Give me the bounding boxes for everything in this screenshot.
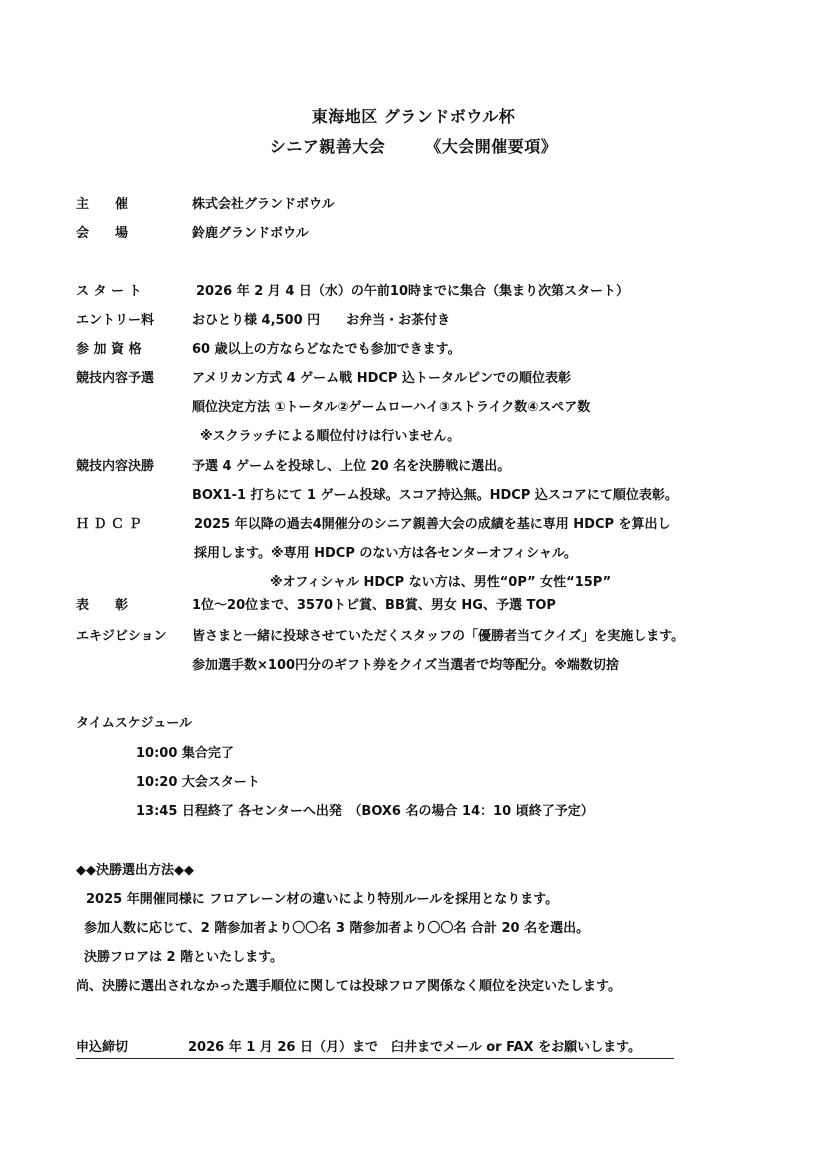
document-type: 《大会開催要項》 <box>425 137 557 156</box>
entry-fee-label: エントリー料 <box>76 312 154 330</box>
exhibition-line: 参加選手数×100円分のギフト券をクイズ当選者で均等配分。※端数切捨 <box>192 657 619 675</box>
exhibition-line: 皆さまと一緒に投球させていただくスタッフの「優勝者当てクイズ」を実施します。 <box>192 628 684 646</box>
entry-fee-value: おひとり様 4,500 円 お弁当・お茶付き <box>192 312 450 330</box>
hdcp-line: 採用します。※専用 HDCP のない方は各センターオフィシャル。 <box>194 545 577 563</box>
venue-value: 鈴鹿グランドボウル <box>192 225 309 243</box>
hdcp-line: 2025 年以降の過去4開催分のシニア親善大会の成績を基に専用 HDCP を算出… <box>194 516 671 534</box>
eligibility-value: 60 歳以上の方ならどなたでも参加できます。 <box>192 341 461 359</box>
final-selection-note: 尚、決勝に選出されなかった選手順位に関しては投球フロア関係なく順位を決定いたしま… <box>76 978 621 996</box>
finals-line: 予選 4 ゲームを投球し、上位 20 名を決勝戦に選出。 <box>192 458 510 476</box>
event-name: シニア親善大会 <box>270 137 386 156</box>
awards-label: 表 彰 <box>76 597 128 615</box>
hdcp-note: ※オフィシャル HDCP ない方は、男性“0P” 女性“15P” <box>270 574 611 592</box>
schedule-item: 10:20 大会スタート <box>136 774 260 792</box>
organizer-label: 主 催 <box>76 196 128 214</box>
exhibition-label: エキジビション <box>76 628 167 646</box>
deadline-row: 申込締切 2026 年 1 月 26 日（月）まで 臼井までメール or FAX… <box>76 1038 674 1059</box>
schedule-item: 13:45 日程終了 各センターへ出発 （BOX6 名の場合 14：10 頃終了… <box>136 803 594 821</box>
qualifying-line: アメリカン方式 4 ゲーム戦 HDCP 込トータルピンでの順位表彰 <box>192 370 571 388</box>
document-title-line2: シニア親善大会《大会開催要項》 <box>0 134 827 157</box>
qualifying-label: 競技内容予選 <box>76 370 154 388</box>
final-selection-line: 参加人数に応じて、2 階参加者より〇〇名 3 階参加者より〇〇名 合計 20 名… <box>84 920 589 938</box>
final-selection-line: 決勝フロアは 2 階といたします。 <box>84 949 283 967</box>
qualifying-note: ※スクラッチによる順位付けは行いません。 <box>200 428 460 446</box>
schedule-heading: タイムスケジュール <box>76 715 192 733</box>
eligibility-label: 参 加 資 格 <box>76 341 142 359</box>
venue-label: 会 場 <box>76 225 128 243</box>
schedule-item: 10:00 集合完了 <box>136 745 234 763</box>
document-title-line1: 東海地区 グランドボウル杯 <box>0 104 827 127</box>
finals-line: BOX1-1 打ちにて 1 ゲーム投球。スコア持込無。HDCP 込スコアにて順位… <box>192 487 678 505</box>
hdcp-label: Ｈ Ｄ Ｃ Ｐ <box>76 516 142 534</box>
finals-label: 競技内容決勝 <box>76 458 154 476</box>
deadline-value: 2026 年 1 月 26 日（月）まで 臼井までメール or FAX をお願い… <box>188 1038 641 1058</box>
start-label: ス タ ー ト <box>76 283 142 301</box>
qualifying-line: 順位決定方法 ①トータル②ゲームローハイ③ストライク数④スペア数 <box>192 399 590 417</box>
final-selection-line: 2025 年開催同様に フロアレーン材の違いにより特別ルールを採用となります。 <box>86 891 558 909</box>
awards-value: 1位～20位まで、3570トピ賞、BB賞、男女 HG、予選 TOP <box>192 597 556 615</box>
start-value: 2026 年 2 月 4 日（水）の午前10時までに集合（集まり次第スタート） <box>196 283 629 301</box>
organizer-value: 株式会社グランドボウル <box>192 196 335 214</box>
final-selection-heading: ◆◆決勝選出方法◆◆ <box>76 862 194 880</box>
deadline-label: 申込締切 <box>76 1040 128 1055</box>
